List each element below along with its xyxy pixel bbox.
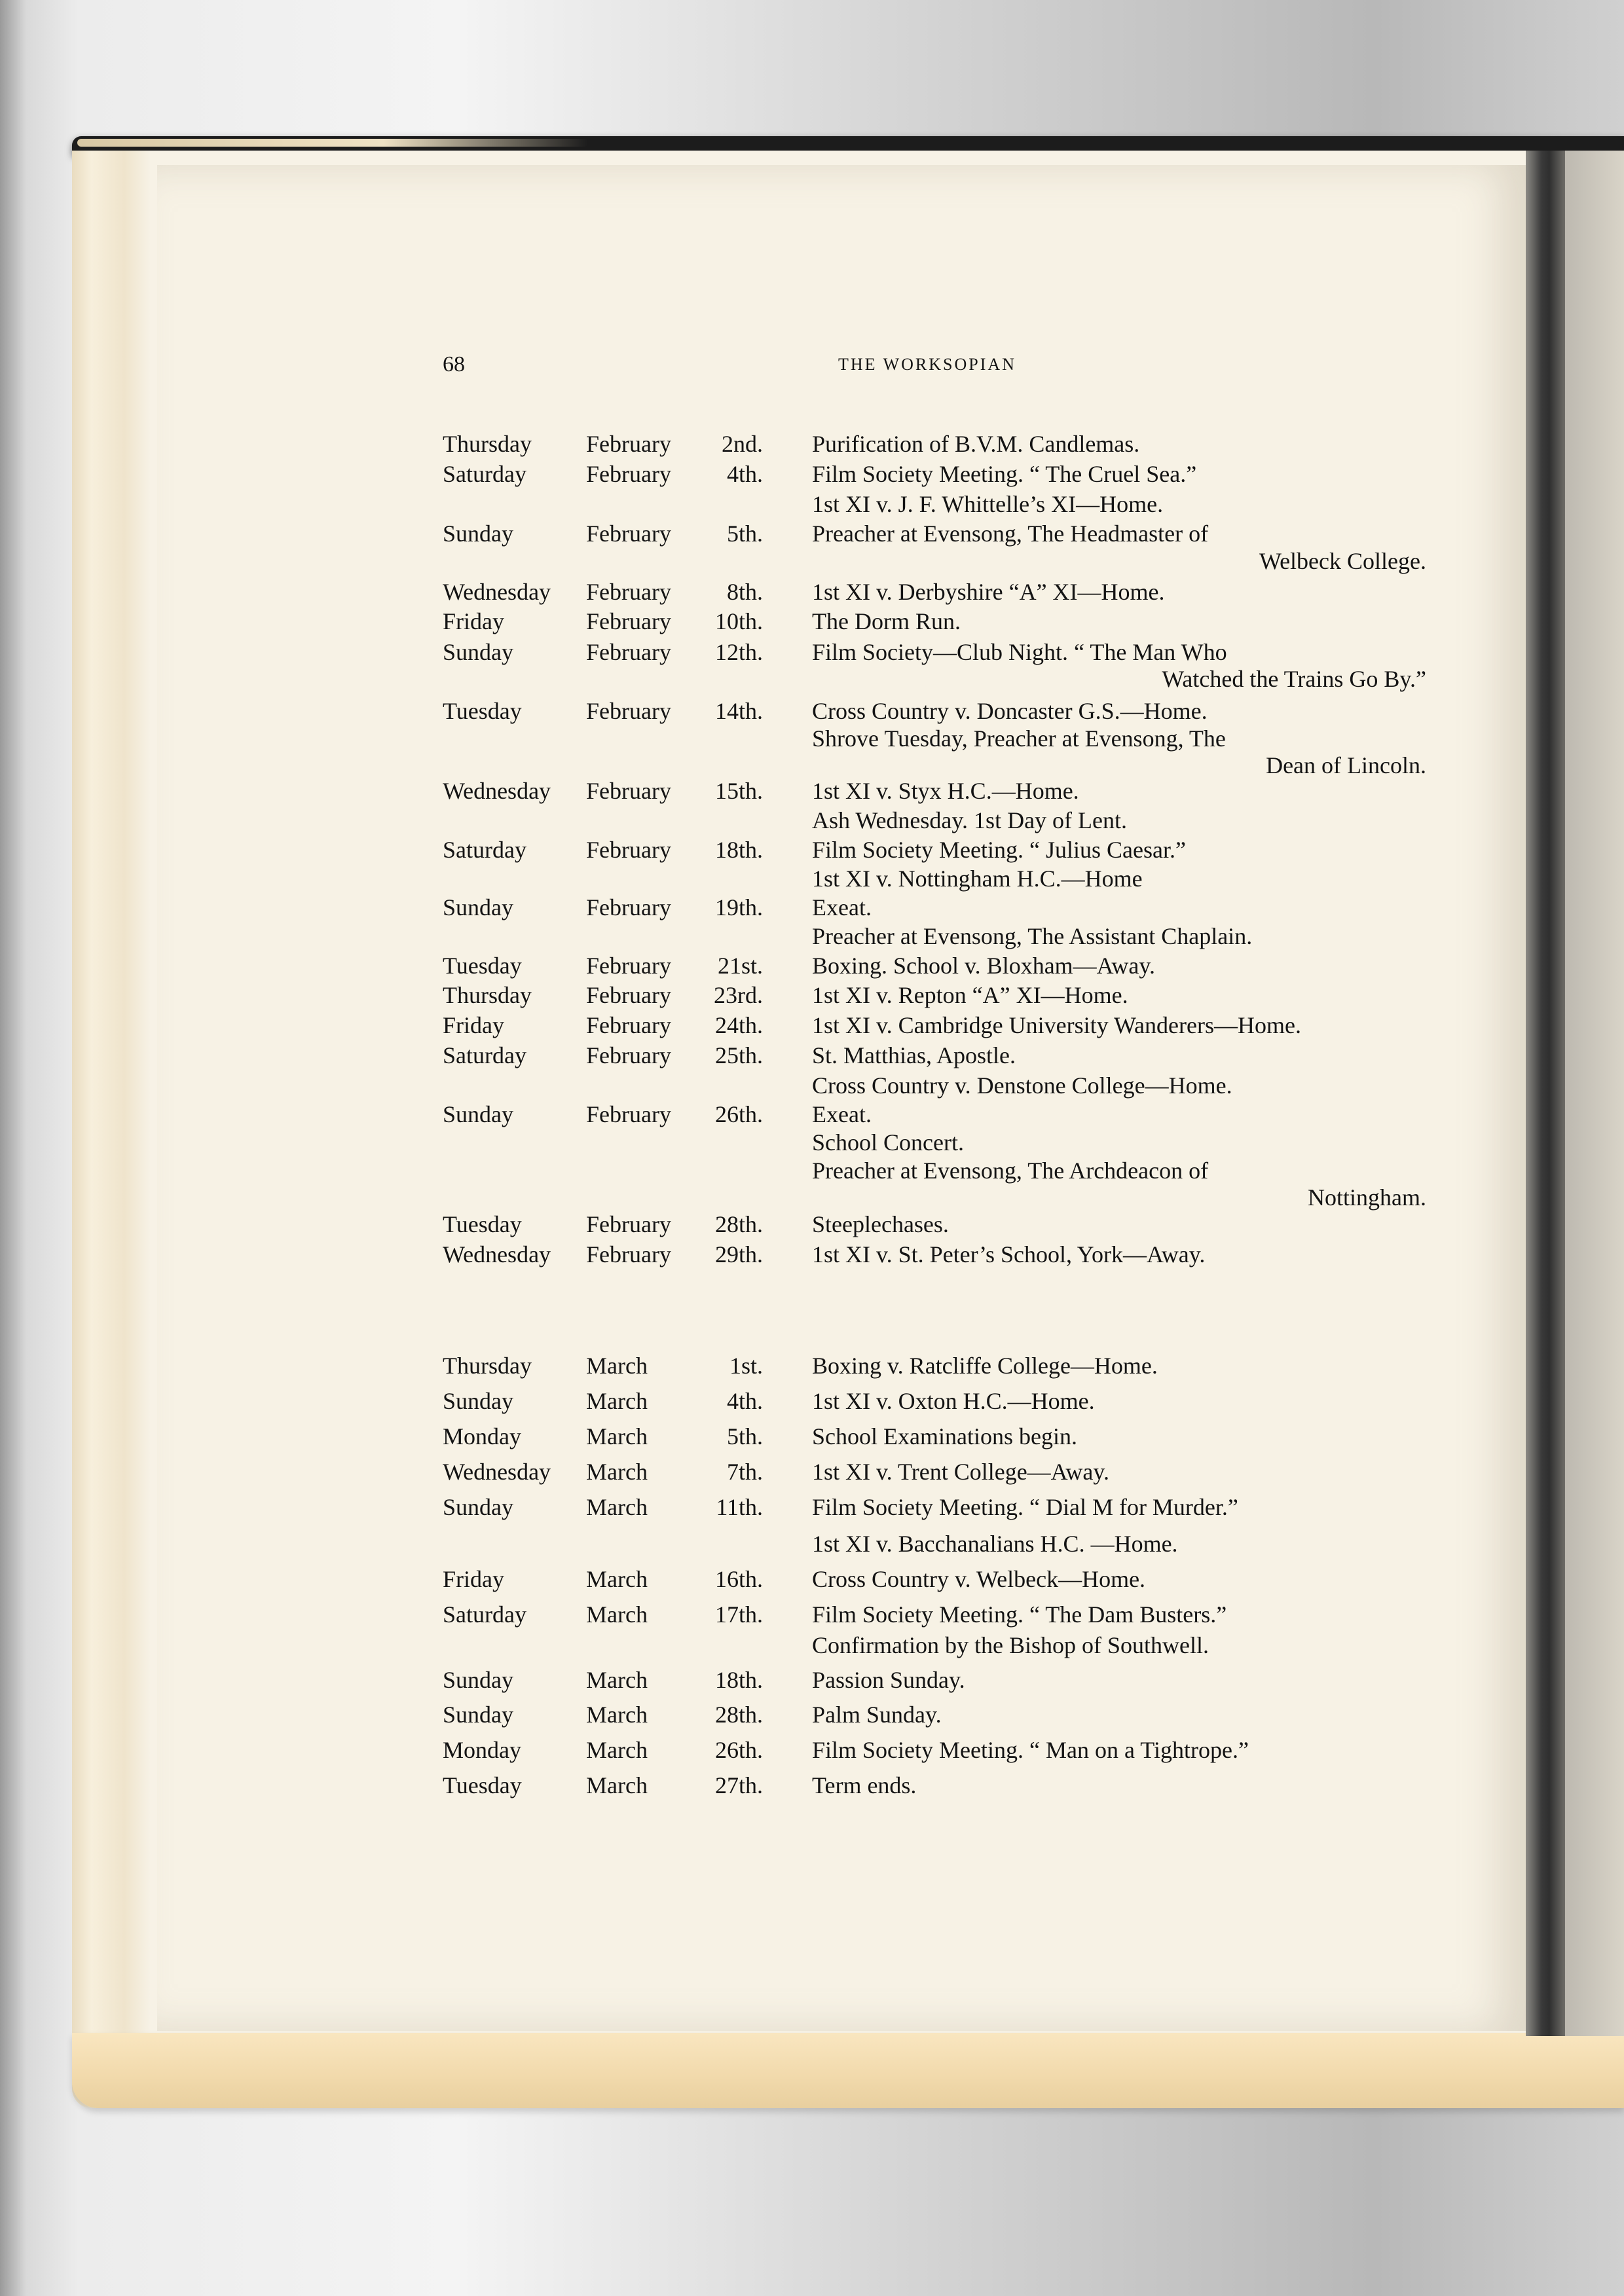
entry-event: Ash Wednesday. 1st Day of Lent.	[812, 809, 1127, 832]
entry-month: February	[586, 1102, 671, 1126]
entry-day: Saturday	[443, 1044, 526, 1067]
entry-month: February	[586, 462, 671, 486]
entry-day: Tuesday	[443, 954, 522, 977]
entry-event: 1st XI v. Cambridge University Wanderers…	[812, 1013, 1301, 1037]
entry-date: 11th.	[716, 1495, 763, 1519]
entry-month: February	[586, 954, 671, 977]
entry-event: Confirmation by the Bishop of Southwell.	[812, 1633, 1209, 1657]
entry-date: 17th.	[715, 1603, 763, 1626]
entry-day: Tuesday	[443, 699, 522, 723]
entry-event: Cross Country v. Denstone College—Home.	[812, 1074, 1232, 1097]
entry-event: Palm Sunday.	[812, 1703, 942, 1726]
entry-event: School Concert.	[812, 1131, 964, 1154]
entry-month: March	[586, 1603, 648, 1626]
entry-event: 1st XI v. Trent College—Away.	[812, 1460, 1109, 1484]
entry-event: Exeat.	[812, 1102, 872, 1126]
entry-event: Steeplechases.	[812, 1212, 949, 1236]
entry-day: Wednesday	[443, 779, 551, 803]
entry-day: Sunday	[443, 1389, 513, 1413]
entry-day: Friday	[443, 610, 504, 633]
entry-month: February	[586, 1212, 671, 1236]
entry-event: Film Society Meeting. “ Man on a Tightro…	[812, 1738, 1249, 1762]
entry-event: 1st XI v. Nottingham H.C.—Home	[812, 867, 1143, 890]
entry-date: 28th.	[715, 1212, 763, 1236]
entry-day: Sunday	[443, 522, 513, 545]
entry-date: 26th.	[715, 1102, 763, 1126]
running-head: THE WORKSOPIAN	[838, 356, 1016, 373]
entry-event: Term ends.	[812, 1774, 916, 1797]
entry-date: 21st.	[718, 954, 763, 977]
entry-date: 28th.	[715, 1703, 763, 1726]
entry-event: Cross Country v. Welbeck—Home.	[812, 1567, 1145, 1591]
entry-day: Saturday	[443, 838, 526, 862]
entry-event: Cross Country v. Doncaster G.S.—Home.	[812, 699, 1208, 723]
entry-event: Boxing. School v. Bloxham—Away.	[812, 954, 1155, 977]
entry-date: 12th.	[715, 640, 763, 664]
entry-date: 19th.	[715, 896, 763, 919]
entry-event: Preacher at Evensong, The Archdeacon of	[812, 1159, 1208, 1182]
entry-event: Shrove Tuesday, Preacher at Evensong, Th…	[812, 727, 1226, 750]
entry-month: February	[586, 779, 671, 803]
entry-event: Film Society Meeting. “ Julius Caesar.”	[812, 838, 1186, 862]
entry-day: Saturday	[443, 1603, 526, 1626]
entry-day: Sunday	[443, 1703, 513, 1726]
entry-day: Tuesday	[443, 1774, 522, 1797]
entry-event: Film Society Meeting. “ The Cruel Sea.”	[812, 462, 1196, 486]
entry-event: Preacher at Evensong, The Headmaster of	[812, 522, 1208, 545]
entry-month: February	[586, 983, 671, 1007]
entry-month: February	[586, 580, 671, 604]
entry-date: 2nd.	[722, 432, 763, 456]
entry-day: Wednesday	[443, 580, 551, 604]
entry-month: March	[586, 1668, 648, 1692]
entry-event: Boxing v. Ratcliffe College—Home.	[812, 1354, 1158, 1377]
entry-event: School Examinations begin.	[812, 1425, 1077, 1448]
entry-month: March	[586, 1774, 648, 1797]
entry-month: March	[586, 1425, 648, 1448]
entry-month: February	[586, 1243, 671, 1266]
entry-month: February	[586, 1013, 671, 1037]
entry-day: Wednesday	[443, 1243, 551, 1266]
cover-worn-edge	[77, 139, 588, 147]
entry-day: Sunday	[443, 896, 513, 919]
entry-date: 27th.	[715, 1774, 763, 1797]
book-bottom-edge	[72, 2033, 1624, 2108]
entry-event: 1st XI v. Repton “A” XI—Home.	[812, 983, 1128, 1007]
entry-month: March	[586, 1354, 648, 1377]
entry-event: 1st XI v. Oxton H.C.—Home.	[812, 1389, 1095, 1413]
entry-event: The Dorm Run.	[812, 610, 961, 633]
entry-day: Sunday	[443, 1102, 513, 1126]
entry-date: 7th.	[727, 1460, 763, 1484]
book-gutter	[1526, 151, 1565, 2036]
entry-date: 18th.	[715, 1668, 763, 1692]
entry-date: 15th.	[715, 779, 763, 803]
entry-month: February	[586, 610, 671, 633]
entry-event: Preacher at Evensong, The Assistant Chap…	[812, 924, 1252, 948]
entry-day: Monday	[443, 1738, 521, 1762]
entry-month: February	[586, 838, 671, 862]
entry-day: Friday	[443, 1013, 504, 1037]
entry-date: 16th.	[715, 1567, 763, 1591]
entry-month: March	[586, 1460, 648, 1484]
entry-day: Thursday	[443, 1354, 532, 1377]
entry-event: 1st XI v. Bacchanalians H.C. —Home.	[812, 1532, 1178, 1556]
entry-month: February	[586, 896, 671, 919]
entry-event: 1st XI v. J. F. Whittelle’s XI—Home.	[812, 492, 1163, 516]
entry-date: 8th.	[727, 580, 763, 604]
entry-month: March	[586, 1738, 648, 1762]
entry-day: Thursday	[443, 432, 532, 456]
entry-day: Sunday	[443, 640, 513, 664]
entry-day: Sunday	[443, 1668, 513, 1692]
entry-day: Monday	[443, 1425, 521, 1448]
entry-date: 23rd.	[714, 983, 763, 1007]
entry-event: Passion Sunday.	[812, 1668, 965, 1692]
entry-date: 18th.	[715, 838, 763, 862]
entry-date: 10th.	[715, 610, 763, 633]
entry-day: Friday	[443, 1567, 504, 1591]
entry-day: Thursday	[443, 983, 532, 1007]
entry-day: Sunday	[443, 1495, 513, 1519]
entry-event: 1st XI v. St. Peter’s School, York—Away.	[812, 1243, 1205, 1266]
entry-event: Dean of Lincoln.	[1266, 754, 1426, 777]
entry-event: 1st XI v. Styx H.C.—Home.	[812, 779, 1079, 803]
facing-page-edge	[1565, 151, 1624, 2036]
entry-month: March	[586, 1703, 648, 1726]
entry-date: 5th.	[727, 522, 763, 545]
entry-event: St. Matthias, Apostle.	[812, 1044, 1016, 1067]
entry-day: Saturday	[443, 462, 526, 486]
entry-event: Purification of B.V.M. Candlemas.	[812, 432, 1139, 456]
entry-date: 4th.	[727, 462, 763, 486]
entry-month: February	[586, 640, 671, 664]
entry-date: 5th.	[727, 1425, 763, 1448]
entry-month: March	[586, 1495, 648, 1519]
entry-event: Welbeck College.	[1259, 549, 1426, 573]
entry-event: Nottingham.	[1308, 1186, 1426, 1209]
entry-event: Film Society Meeting. “ The Dam Busters.…	[812, 1603, 1227, 1626]
entry-day: Wednesday	[443, 1460, 551, 1484]
entry-date: 14th.	[715, 699, 763, 723]
entry-day: Tuesday	[443, 1212, 522, 1236]
entry-month: March	[586, 1567, 648, 1591]
entry-date: 24th.	[715, 1013, 763, 1037]
entry-event: Film Society Meeting. “ Dial M for Murde…	[812, 1495, 1238, 1519]
entry-event: 1st XI v. Derbyshire “A” XI—Home.	[812, 580, 1165, 604]
entry-month: March	[586, 1389, 648, 1413]
entry-date: 26th.	[715, 1738, 763, 1762]
entry-date: 25th.	[715, 1044, 763, 1067]
entry-month: February	[586, 699, 671, 723]
entry-event: Film Society—Club Night. “ The Man Who	[812, 640, 1227, 664]
entry-month: February	[586, 1044, 671, 1067]
entry-date: 1st.	[729, 1354, 763, 1377]
entry-date: 29th.	[715, 1243, 763, 1266]
page-number: 68	[443, 354, 465, 376]
entry-month: February	[586, 522, 671, 545]
entry-event: Watched the Trains Go By.”	[1162, 667, 1426, 691]
entry-date: 4th.	[727, 1389, 763, 1413]
entry-event: Exeat.	[812, 896, 872, 919]
entry-month: February	[586, 432, 671, 456]
